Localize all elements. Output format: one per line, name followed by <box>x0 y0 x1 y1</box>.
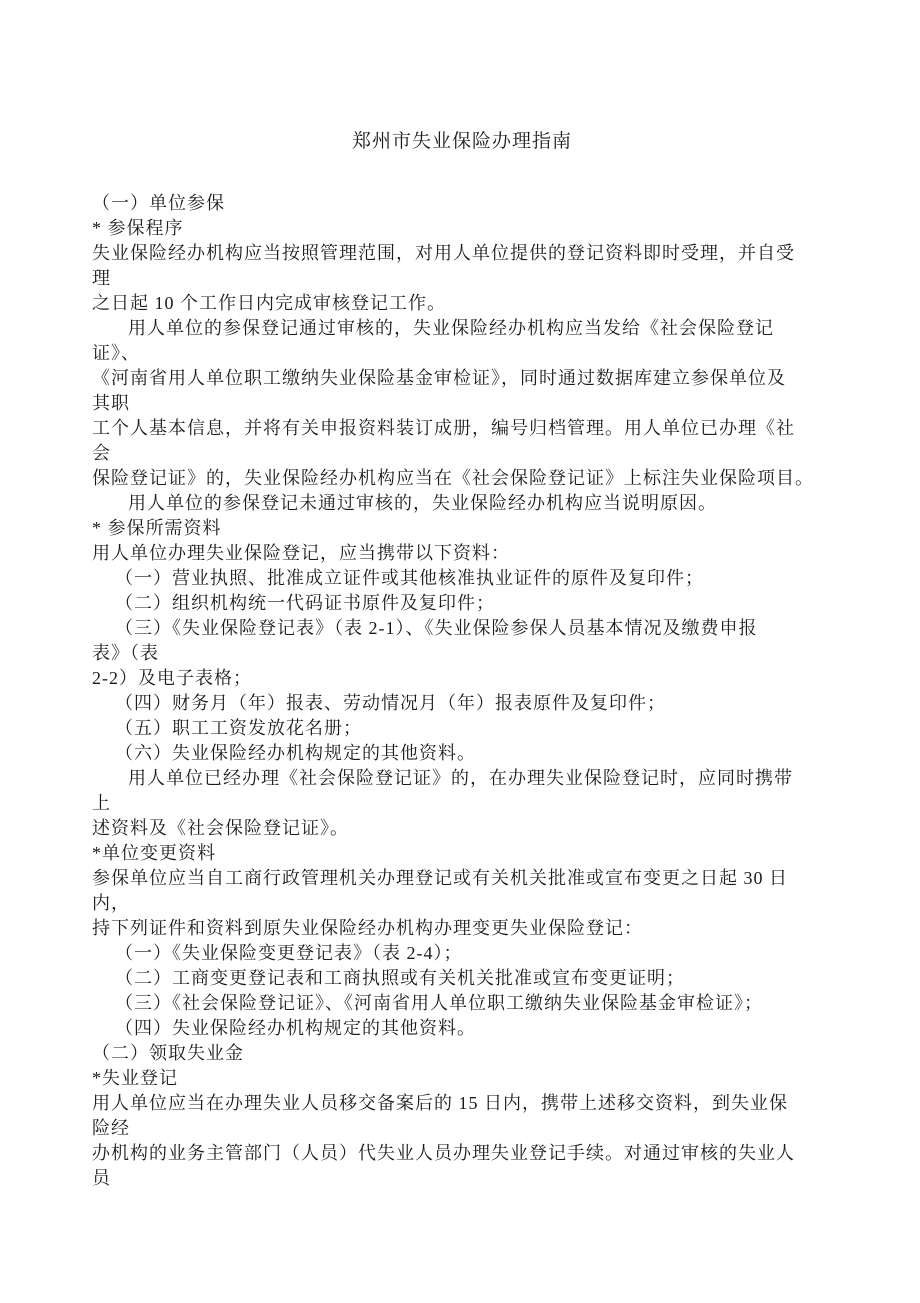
text-line: 失业保险经办机构应当按照管理范围，对用人单位提供的登记资料即时受理，并自受 <box>92 241 832 266</box>
text-line: 《河南省用人单位职工缴纳失业保险基金审检证》，同时通过数据库建立参保单位及 <box>92 366 832 391</box>
text-line: （一）《失业保险变更登记表》（表 2-4）； <box>92 941 832 966</box>
text-line: （二）组织机构统一代码证书原件及复印件； <box>92 591 832 616</box>
text-line: 证》、 <box>92 341 832 366</box>
text-line: 表》（表 <box>92 641 832 666</box>
text-line: （三）《社会保险登记证》、《河南省用人单位职工缴纳失业保险基金审检证》； <box>92 991 832 1016</box>
text-line: （一）单位参保 <box>92 191 832 216</box>
document-content: 郑州市失业保险办理指南 （一）单位参保* 参保程序失业保险经办机构应当按照管理范… <box>0 0 920 1191</box>
document-body: （一）单位参保* 参保程序失业保险经办机构应当按照管理范围，对用人单位提供的登记… <box>92 191 832 1191</box>
text-line: 之日起 10 个工作日内完成审核登记工作。 <box>92 291 832 316</box>
text-line: （二）工商变更登记表和工商执照或有关机关批准或宣布变更证明； <box>92 966 832 991</box>
text-line: 办机构的业务主管部门（人员）代失业人员办理失业登记手续。对通过审核的失业人 <box>92 1141 832 1166</box>
text-line: 理 <box>92 266 832 291</box>
text-line: （三）《失业保险登记表》（表 2-1）、《失业保险参保人员基本情况及缴费申报 <box>92 616 832 641</box>
text-line: 用人单位的参保登记未通过审核的，失业保险经办机构应当说明原因。 <box>92 491 832 516</box>
text-line: * 参保所需资料 <box>92 516 832 541</box>
text-line: 参保单位应当自工商行政管理机关办理登记或有关机关批准或宣布变更之日起 30 日 <box>92 866 832 891</box>
text-line: *单位变更资料 <box>92 841 832 866</box>
text-line: （四）财务月（年）报表、劳动情况月（年）报表原件及复印件； <box>92 691 832 716</box>
text-line: 工个人基本信息，并将有关申报资料装订成册，编号归档管理。用人单位已办理《社 <box>92 416 832 441</box>
text-line: 用人单位的参保登记通过审核的，失业保险经办机构应当发给《社会保险登记 <box>92 316 832 341</box>
text-line: 述资料及《社会保险登记证》。 <box>92 816 832 841</box>
text-line: 员 <box>92 1166 832 1191</box>
text-line: 用人单位应当在办理失业人员移交备案后的 15 日内，携带上述移交资料，到失业保 <box>92 1091 832 1116</box>
text-line: （六）失业保险经办机构规定的其他资料。 <box>92 741 832 766</box>
text-line: 其职 <box>92 391 832 416</box>
text-line: * 参保程序 <box>92 216 832 241</box>
text-line: 上 <box>92 791 832 816</box>
text-line: （五）职工工资发放花名册； <box>92 716 832 741</box>
document-title: 郑州市失业保险办理指南 <box>92 129 832 154</box>
text-line: 2-2）及电子表格； <box>92 666 832 691</box>
text-line: （二）领取失业金 <box>92 1041 832 1066</box>
text-line: 持下列证件和资料到原失业保险经办机构办理变更失业保险登记： <box>92 916 832 941</box>
document-page: 郑州市失业保险办理指南 （一）单位参保* 参保程序失业保险经办机构应当按照管理范… <box>0 0 920 1303</box>
text-line: 内， <box>92 891 832 916</box>
text-line: 用人单位办理失业保险登记，应当携带以下资料： <box>92 541 832 566</box>
text-line: *失业登记 <box>92 1066 832 1091</box>
text-line: （四）失业保险经办机构规定的其他资料。 <box>92 1016 832 1041</box>
text-line: 险经 <box>92 1116 832 1141</box>
text-line: 保险登记证》的，失业保险经办机构应当在《社会保险登记证》上标注失业保险项目。 <box>92 466 832 491</box>
text-line: 用人单位已经办理《社会保险登记证》的，在办理失业保险登记时，应同时携带 <box>92 766 832 791</box>
text-line: （一）营业执照、批准成立证件或其他核准执业证件的原件及复印件； <box>92 566 832 591</box>
text-line: 会 <box>92 441 832 466</box>
